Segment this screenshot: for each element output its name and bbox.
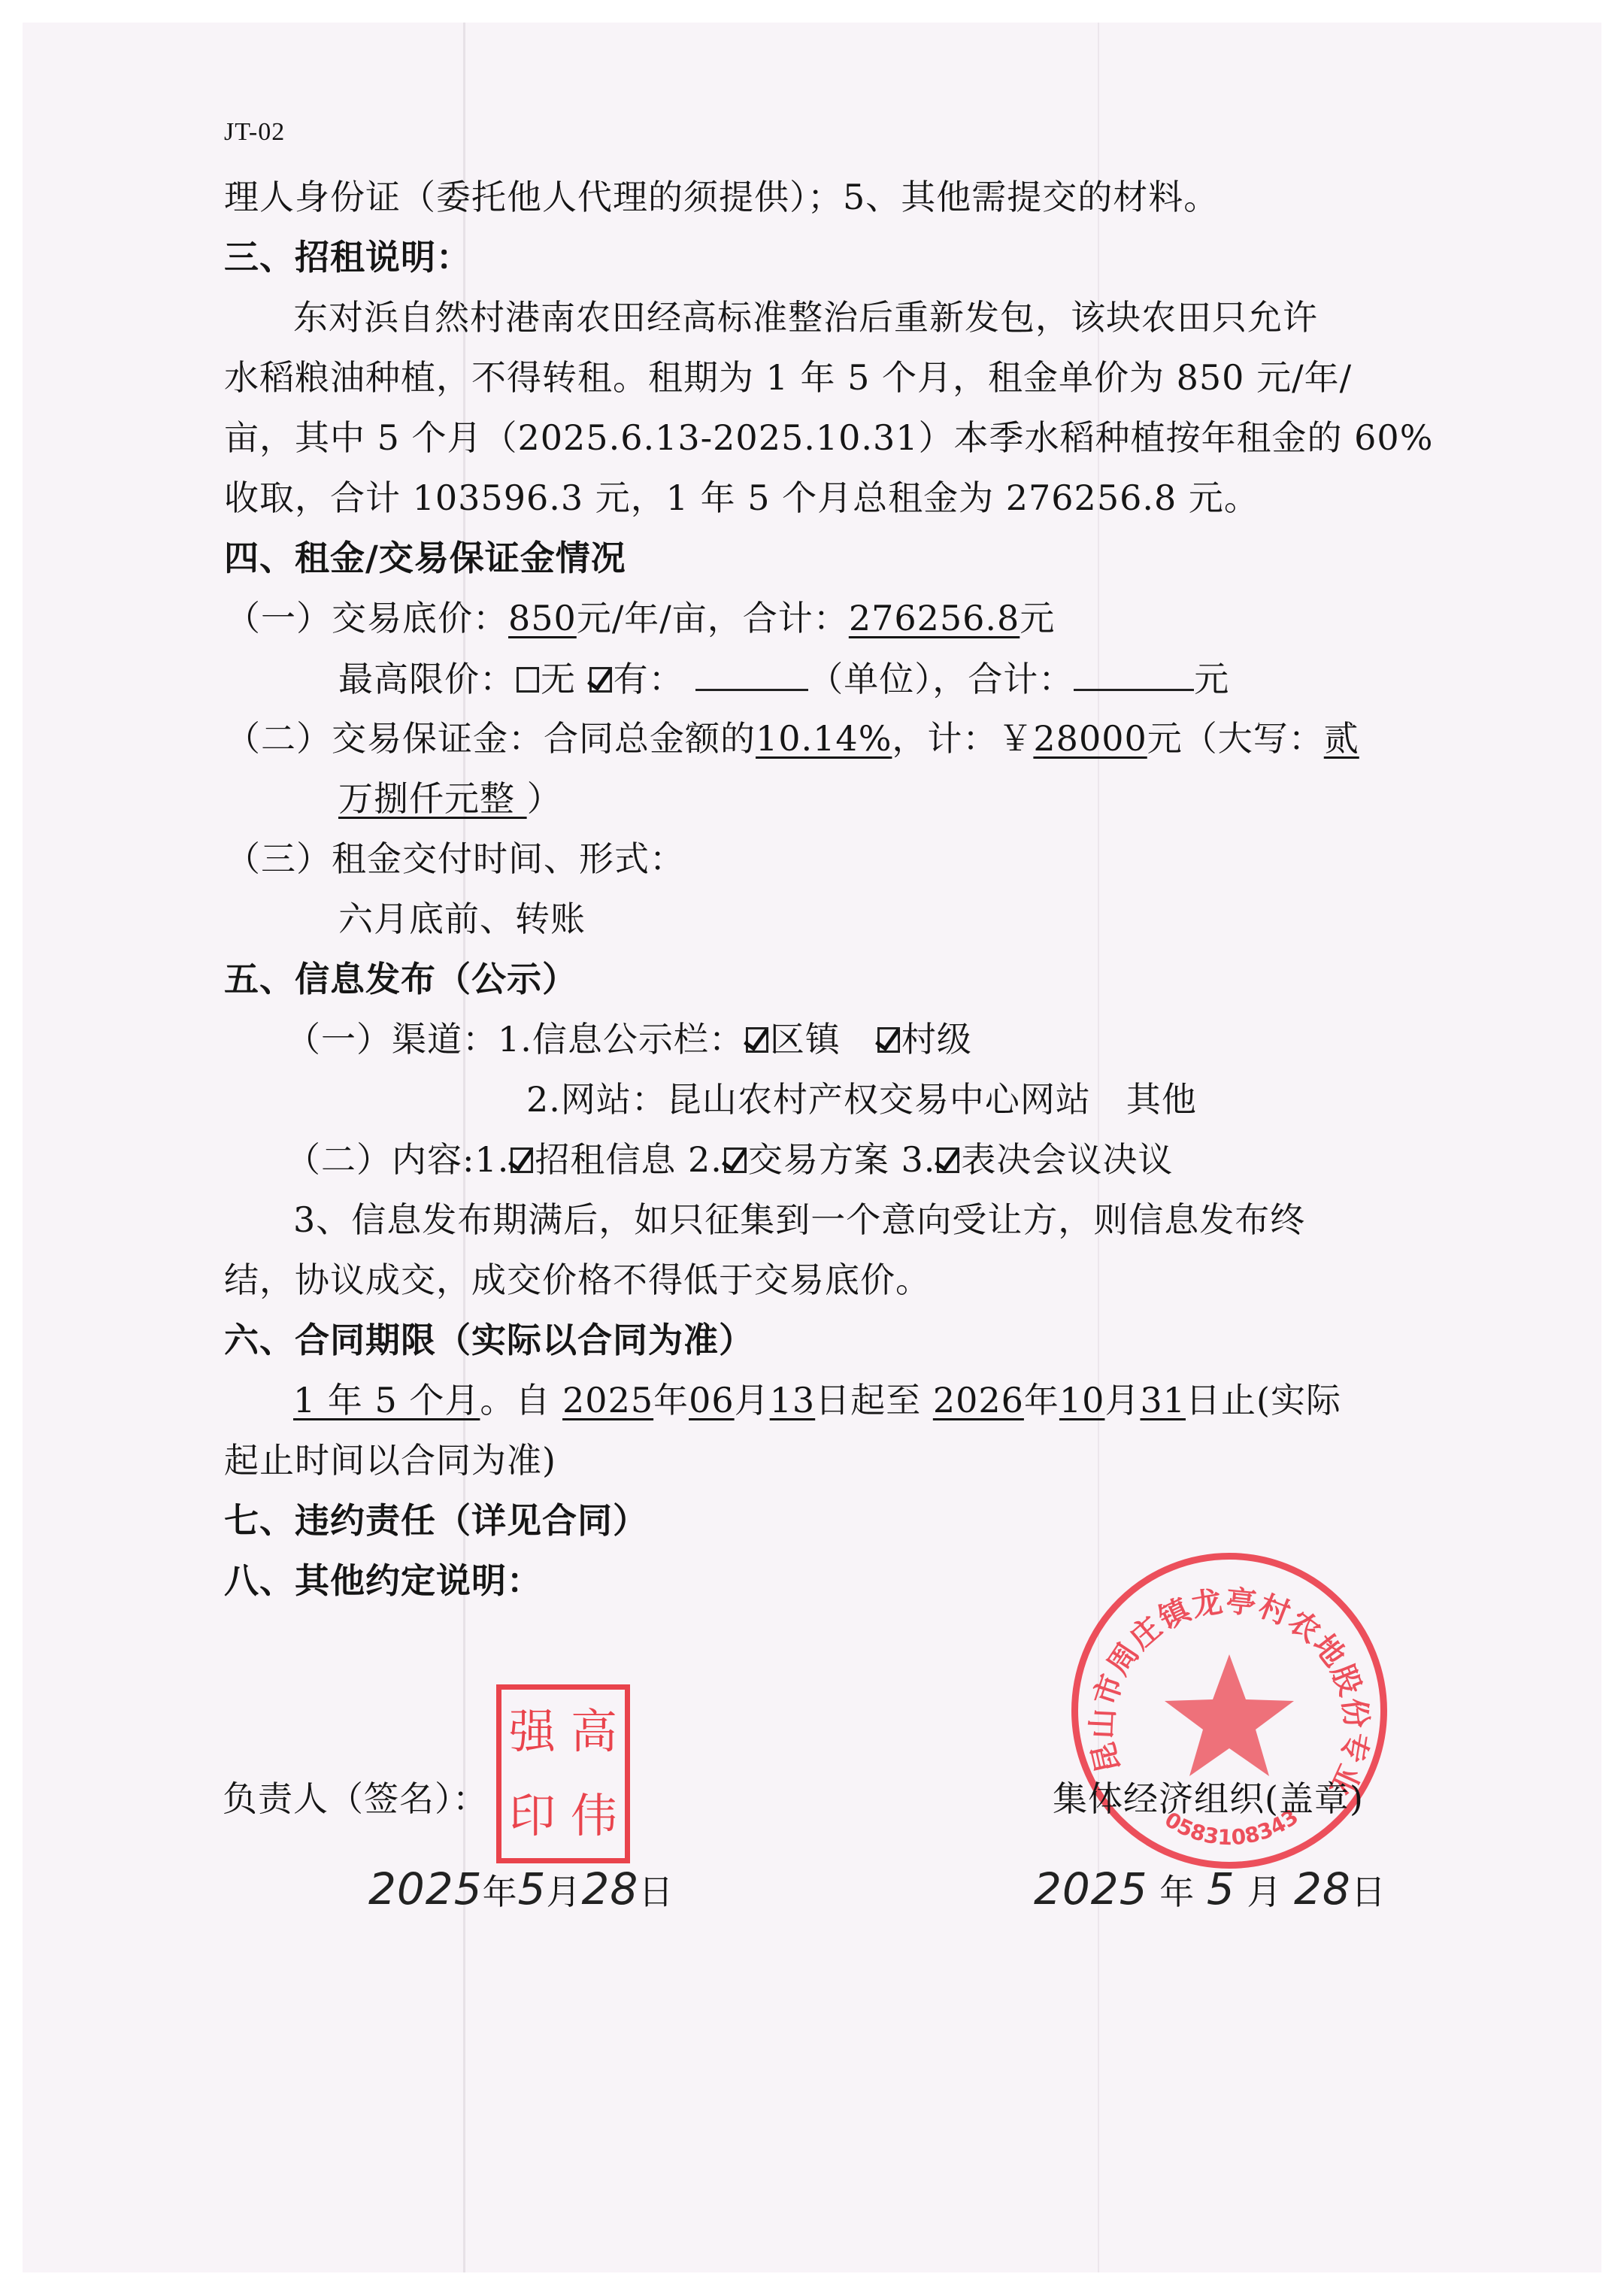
d-label: 日 bbox=[638, 1872, 674, 1912]
unit-hint: （单位），合计： bbox=[808, 659, 1074, 699]
note-line: 3、信息发布期满后，如只征集到一个意向受让方，则信息发布终 bbox=[293, 1197, 1305, 1242]
doc-code: JT-02 bbox=[224, 110, 285, 155]
m-label: 月 bbox=[735, 1380, 770, 1420]
checkbox-trade-plan[interactable] bbox=[724, 1147, 747, 1173]
responsible-label: 负责人（签名）： bbox=[223, 1776, 488, 1821]
end-year: 2026 bbox=[933, 1380, 1024, 1420]
end-month: 10 bbox=[1059, 1380, 1105, 1420]
start-month: 06 bbox=[689, 1380, 735, 1420]
section3-para-line: 东对浜自然村港南农田经高标准整治后重新发包，该块农田只允许 bbox=[293, 295, 1318, 340]
checkbox-none[interactable] bbox=[517, 667, 539, 693]
start-year: 2025 bbox=[562, 1380, 653, 1420]
max-price-total-blank[interactable] bbox=[1074, 656, 1194, 691]
payment-value: 六月底前、转账 bbox=[338, 896, 586, 941]
y-label: 年 bbox=[1024, 1380, 1059, 1420]
content-row: （二）内容:1.招租信息 2.交易方案 3.表决会议决议 bbox=[286, 1137, 1173, 1182]
content-prefix: （二）内容:1. bbox=[286, 1139, 509, 1180]
handwritten-year: 2025 bbox=[1034, 1863, 1148, 1915]
section7-heading: 七、违约责任（详见合同） bbox=[224, 1498, 648, 1543]
section8-heading: 八、其他约定说明： bbox=[224, 1558, 542, 1603]
handwritten-month: 5 bbox=[1207, 1863, 1235, 1915]
seal-char: 强 bbox=[501, 1708, 563, 1755]
left-date: 2025年5月28日 bbox=[368, 1866, 674, 1915]
base-price-row: （一）交易底价：850元/年/亩，合计：276256.8元 bbox=[226, 596, 1055, 641]
deposit-percent: 10.14% bbox=[756, 718, 892, 759]
deposit-close: ） bbox=[527, 778, 562, 819]
m-label: 月 bbox=[1104, 1380, 1140, 1420]
org-seal: 昆山市周庄镇龙亭村农地股份专业合作社 0583108343 bbox=[1071, 1553, 1387, 1869]
term-to: 起至 bbox=[850, 1380, 933, 1420]
deposit-words-1: 贰 bbox=[1324, 718, 1359, 759]
max-price-unit-blank[interactable] bbox=[695, 656, 808, 691]
seal-char: 印 bbox=[501, 1793, 563, 1839]
handwritten-month: 5 bbox=[518, 1863, 547, 1915]
payment-heading: （三）租金交付时间、形式： bbox=[226, 836, 685, 881]
deposit-suffix: 元（大写： bbox=[1147, 718, 1324, 759]
channel-village-label: 村级 bbox=[901, 1019, 972, 1060]
handwritten-day: 28 bbox=[582, 1863, 639, 1915]
section4-heading: 四、租金/交易保证金情况 bbox=[224, 535, 626, 581]
content-opt-label: 表决会议决议 bbox=[961, 1139, 1173, 1180]
unit-price: 850 bbox=[508, 598, 577, 638]
d-label: 日 bbox=[1351, 1872, 1386, 1912]
m-label: 月 bbox=[1247, 1872, 1282, 1912]
unit-label: 元/年/亩，合计： bbox=[577, 598, 849, 638]
section3-para-line: 收取，合计 103596.3 元，1 年 5 个月总租金为 276256.8 元… bbox=[224, 475, 1259, 520]
y-label: 年 bbox=[1159, 1872, 1195, 1912]
content-opt-label: 交易方案 bbox=[748, 1139, 889, 1180]
deposit-amount: 28000 bbox=[1033, 718, 1147, 759]
continued-line: 理人身份证（委托他人代理的须提供）；5、其他需提交的材料。 bbox=[224, 174, 1219, 220]
section3-para-line: 亩，其中 5 个月（2025.6.13-2025.10.31）本季水稻种植按年租… bbox=[224, 415, 1433, 460]
seal-char: 高 bbox=[563, 1708, 625, 1755]
deposit-mid: ，计：￥ bbox=[892, 718, 1033, 759]
deposit-words-2: 万捌仟元整 bbox=[338, 778, 527, 819]
personal-seal: 强 高 印 伟 bbox=[496, 1684, 630, 1863]
total-price: 276256.8 bbox=[849, 598, 1020, 638]
yuan-label: 元 bbox=[1194, 659, 1229, 699]
end-day: 31 bbox=[1140, 1380, 1186, 1420]
deposit-prefix: （二）交易保证金：合同总金额的 bbox=[226, 718, 756, 759]
content-opt-label: 招租信息 bbox=[535, 1139, 676, 1180]
handwritten-day: 28 bbox=[1294, 1863, 1351, 1915]
checkbox-resolution[interactable] bbox=[937, 1147, 959, 1173]
star-icon: 昆山市周庄镇龙亭村农地股份专业合作社 0583108343 bbox=[1071, 1553, 1387, 1869]
start-day: 13 bbox=[770, 1380, 816, 1420]
handwritten-year: 2025 bbox=[368, 1863, 483, 1915]
checkbox-village[interactable] bbox=[877, 1027, 900, 1053]
d-label: 日 bbox=[815, 1380, 850, 1420]
channel-district-label: 区镇 bbox=[770, 1019, 841, 1060]
checkbox-yes[interactable] bbox=[589, 667, 612, 693]
seal-char: 伟 bbox=[563, 1793, 625, 1839]
org-label: 集体经济组织(盖章) bbox=[1053, 1776, 1364, 1821]
option-none-label: 无 bbox=[541, 659, 576, 699]
m-label: 月 bbox=[547, 1872, 582, 1912]
y-label: 年 bbox=[653, 1380, 689, 1420]
content-opt-num: 3. bbox=[889, 1139, 936, 1180]
term-row: 1 年 5 个月。自 2025年06月13日起至 2026年10月31日止(实际 bbox=[293, 1378, 1341, 1423]
website-row: 2.网站：昆山农村产权交易中心网站 其他 bbox=[526, 1077, 1197, 1122]
term-line2: 起止时间以合同为准) bbox=[224, 1438, 556, 1483]
content-opt-num: 2. bbox=[676, 1139, 723, 1180]
channel-row: （一）渠道：1.信息公示栏：区镇 村级 bbox=[286, 1017, 972, 1062]
total-unit: 元 bbox=[1020, 598, 1055, 638]
term-duration: 1 年 5 个月 bbox=[293, 1380, 480, 1420]
right-date: 2025 年 5 月 28日 bbox=[1034, 1866, 1386, 1915]
term-tail: 止(实际 bbox=[1221, 1380, 1341, 1420]
option-yes-label: 有： bbox=[614, 659, 684, 699]
checkbox-district[interactable] bbox=[746, 1027, 768, 1053]
deposit-words-row: 万捌仟元整 ） bbox=[338, 776, 562, 821]
y-label: 年 bbox=[483, 1872, 518, 1912]
term-from: 。自 bbox=[480, 1380, 562, 1420]
section5-heading: 五、信息发布（公示） bbox=[224, 957, 577, 1002]
max-price-row: 最高限价：无 有： （单位），合计：元 bbox=[338, 656, 1229, 702]
note-line: 结，协议成交，成交价格不得低于交易底价。 bbox=[224, 1257, 931, 1302]
checkbox-rent-info[interactable] bbox=[511, 1147, 533, 1173]
deposit-row: （二）交易保证金：合同总金额的10.14%，计：￥28000元（大写：贰 bbox=[226, 716, 1359, 761]
section3-para-line: 水稻粮油种植，不得转租。租期为 1 年 5 个月，租金单价为 850 元/年/ bbox=[224, 355, 1352, 400]
section3-heading: 三、招租说明： bbox=[224, 235, 471, 280]
channel-prefix: （一）渠道：1.信息公示栏： bbox=[286, 1019, 744, 1060]
d-label: 日 bbox=[1186, 1380, 1221, 1420]
section6-heading: 六、合同期限（实际以合同为准） bbox=[224, 1317, 754, 1363]
base-price-prefix: （一）交易底价： bbox=[226, 598, 508, 638]
max-price-label: 最高限价： bbox=[338, 659, 515, 699]
